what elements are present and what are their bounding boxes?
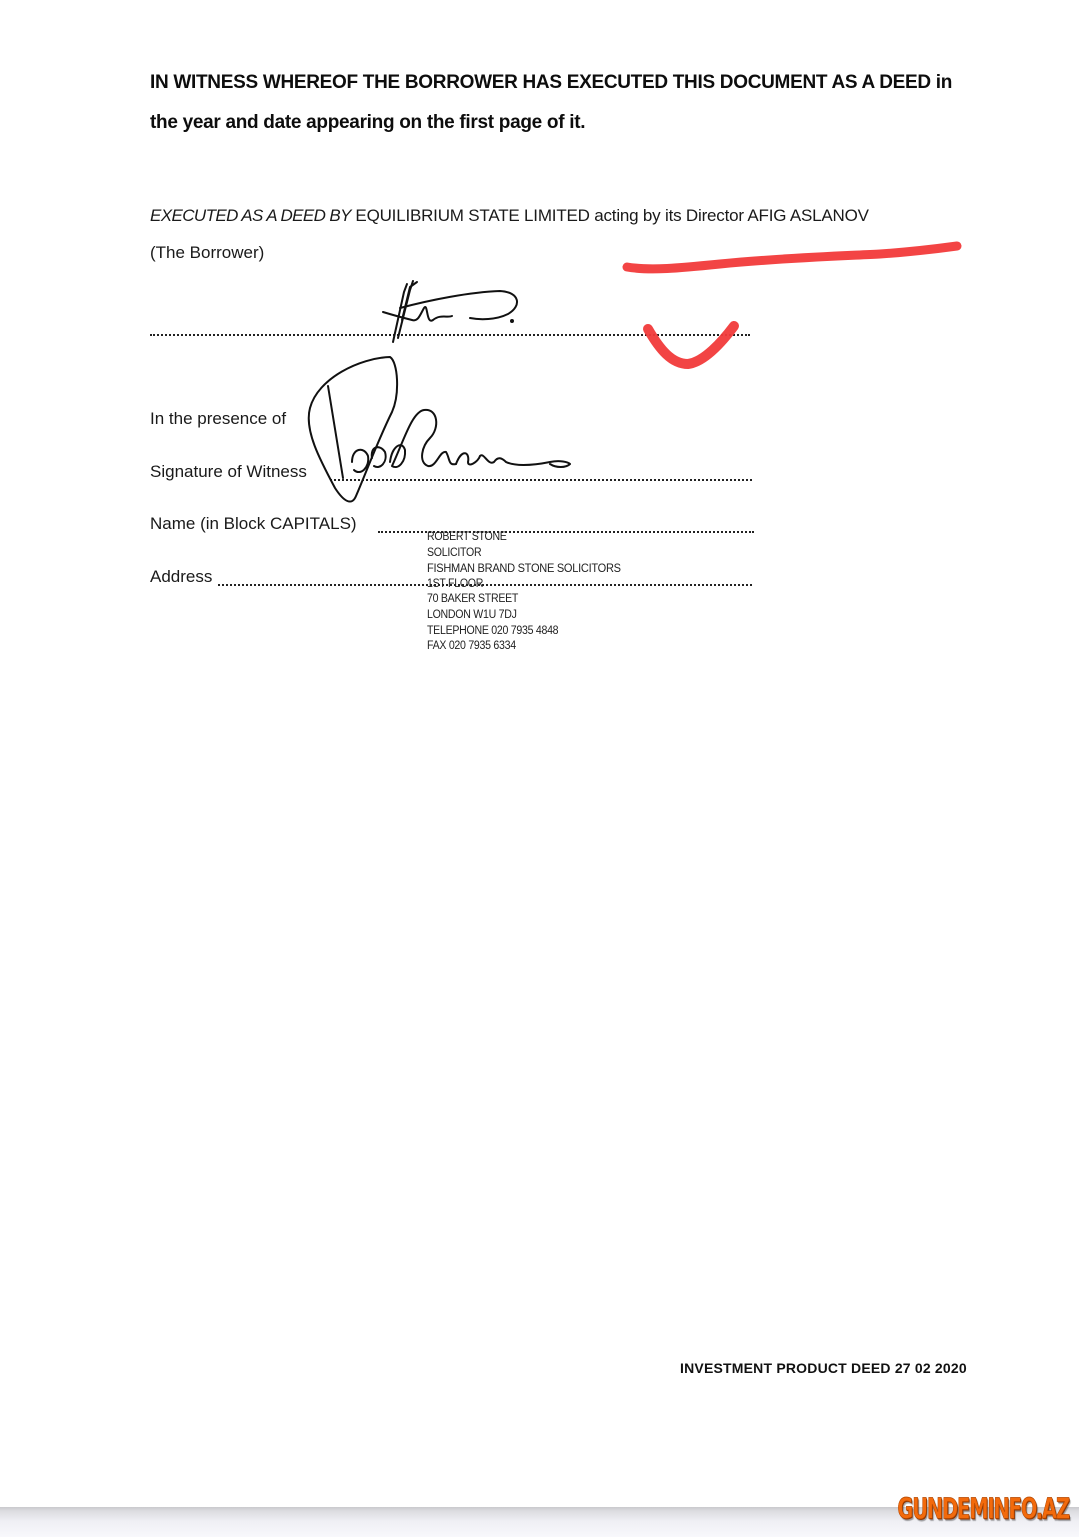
stamp-name: ROBERT STONE (427, 530, 621, 546)
witness-signature-line (330, 479, 752, 481)
execution-statement: EXECUTED AS A DEED BY EQUILIBRIUM STATE … (150, 206, 869, 226)
executed-as-deed-label: EXECUTED AS A DEED BY (150, 206, 351, 225)
stamp-floor: 1ST FLOOR (427, 577, 621, 593)
witness-clause-heading-line1: IN WITNESS WHEREOF THE BORROWER HAS EXEC… (150, 72, 952, 94)
document-footer-reference: INVESTMENT PRODUCT DEED 27 02 2020 (680, 1360, 967, 1376)
stamp-telephone: TELEPHONE 020 7935 4848 (427, 624, 621, 640)
presence-label: In the presence of (150, 409, 286, 429)
solicitor-stamp: ROBERT STONE SOLICITOR FISHMAN BRAND STO… (427, 530, 621, 655)
witness-clause-heading-line2: the year and date appearing on the first… (150, 112, 585, 134)
executed-by-party: EQUILIBRIUM STATE LIMITED acting by its … (351, 206, 869, 225)
witness-name-label: Name (in Block CAPITALS) (150, 514, 357, 534)
stamp-city: LONDON W1U 7DJ (427, 608, 621, 624)
stamp-firm: FISHMAN BRAND STONE SOLICITORS (427, 561, 621, 577)
borrower-label: (The Borrower) (150, 243, 264, 263)
stamp-street: 70 BAKER STREET (427, 592, 621, 608)
witness-signature-label: Signature of Witness (150, 462, 307, 482)
witness-address-label: Address (150, 567, 212, 587)
stamp-title: SOLICITOR (427, 546, 621, 562)
stamp-fax: FAX 020 7935 6334 (427, 639, 621, 655)
document-page: IN WITNESS WHEREOF THE BORROWER HAS EXEC… (0, 0, 1079, 1508)
director-signature-line (150, 334, 750, 336)
gundeminfo-watermark: GUNDEMINFO.AZ (897, 1492, 1069, 1525)
